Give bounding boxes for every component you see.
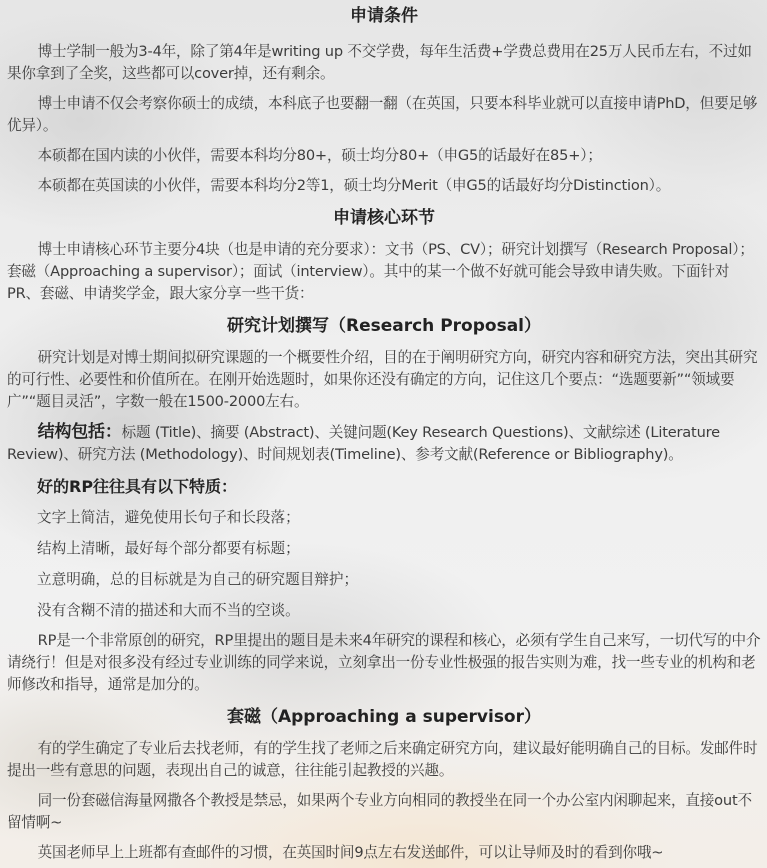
paragraph: 同一份套磁信海量网撒各个教授是禁忌，如果两个专业方向相同的教授坐在同一个办公室内… bbox=[7, 790, 761, 834]
paragraph: 博士申请不仅会考察你硕士的成绩，本科底子也要翻一翻（在英国，只要本科毕业就可以直… bbox=[7, 93, 761, 137]
section-title: 申请核心环节 bbox=[7, 207, 761, 229]
section-core-steps: 申请核心环节 博士申请核心环节主要分4块（也是申请的充分要求）：文书（PS、CV… bbox=[7, 207, 761, 305]
section-approaching-supervisor: 套磁（Approaching a supervisor） 有的学生确定了专业后去… bbox=[7, 706, 761, 864]
quality-item: 没有含糊不清的描述和大而不当的空谈。 bbox=[7, 600, 761, 622]
article-body: 申请条件 博士学制一般为3-4年，除了第4年是writing up 不交学费，每… bbox=[0, 0, 767, 864]
section-title: 套磁（Approaching a supervisor） bbox=[7, 706, 761, 728]
paragraph: 英国老师早上上班都有查邮件的习惯，在英国时间9点左右发送邮件，可以让导师及时的看… bbox=[7, 842, 761, 864]
quality-item: 结构上清晰，最好每个部分都要有标题； bbox=[7, 538, 761, 560]
section-title: 研究计划撰写（Research Proposal） bbox=[7, 315, 761, 337]
structure-label: 结构包括： bbox=[38, 422, 122, 442]
structure-paragraph: 结构包括：标题 (Title)、摘要 (Abstract)、关键问题(Key R… bbox=[7, 421, 761, 466]
quality-item: 立意明确，总的目标就是为自己的研究题目辩护； bbox=[7, 569, 761, 591]
paragraph: 本硕都在国内读的小伙伴，需要本科均分80+，硕士均分80+（申G5的话最好在85… bbox=[7, 145, 761, 167]
section-research-proposal: 研究计划撰写（Research Proposal） 研究计划是对博士期间拟研究课… bbox=[7, 315, 761, 696]
paragraph: 有的学生确定了专业后去找老师，有的学生找了老师之后来确定研究方向，建议最好能明确… bbox=[7, 738, 761, 782]
paragraph: RP是一个非常原创的研究，RP里提出的题目是未来4年研究的课程和核心，必须有学生… bbox=[7, 630, 761, 696]
qualities-heading: 好的RP往往具有以下特质： bbox=[7, 476, 761, 498]
section-application-requirements: 申请条件 博士学制一般为3-4年，除了第4年是writing up 不交学费，每… bbox=[7, 0, 761, 197]
paragraph: 研究计划是对博士期间拟研究课题的一个概要性介绍，目的在于阐明研究方向，研究内容和… bbox=[7, 347, 761, 413]
section-title: 申请条件 bbox=[7, 5, 761, 27]
paragraph: 本硕都在英国读的小伙伴，需要本科均分2等1，硕士均分Merit（申G5的话最好均… bbox=[7, 175, 761, 197]
paragraph: 博士学制一般为3-4年，除了第4年是writing up 不交学费，每年生活费+… bbox=[7, 41, 761, 85]
quality-item: 文字上简洁，避免使用长句子和长段落； bbox=[7, 507, 761, 529]
paragraph: 博士申请核心环节主要分4块（也是申请的充分要求）：文书（PS、CV）；研究计划撰… bbox=[7, 239, 761, 305]
